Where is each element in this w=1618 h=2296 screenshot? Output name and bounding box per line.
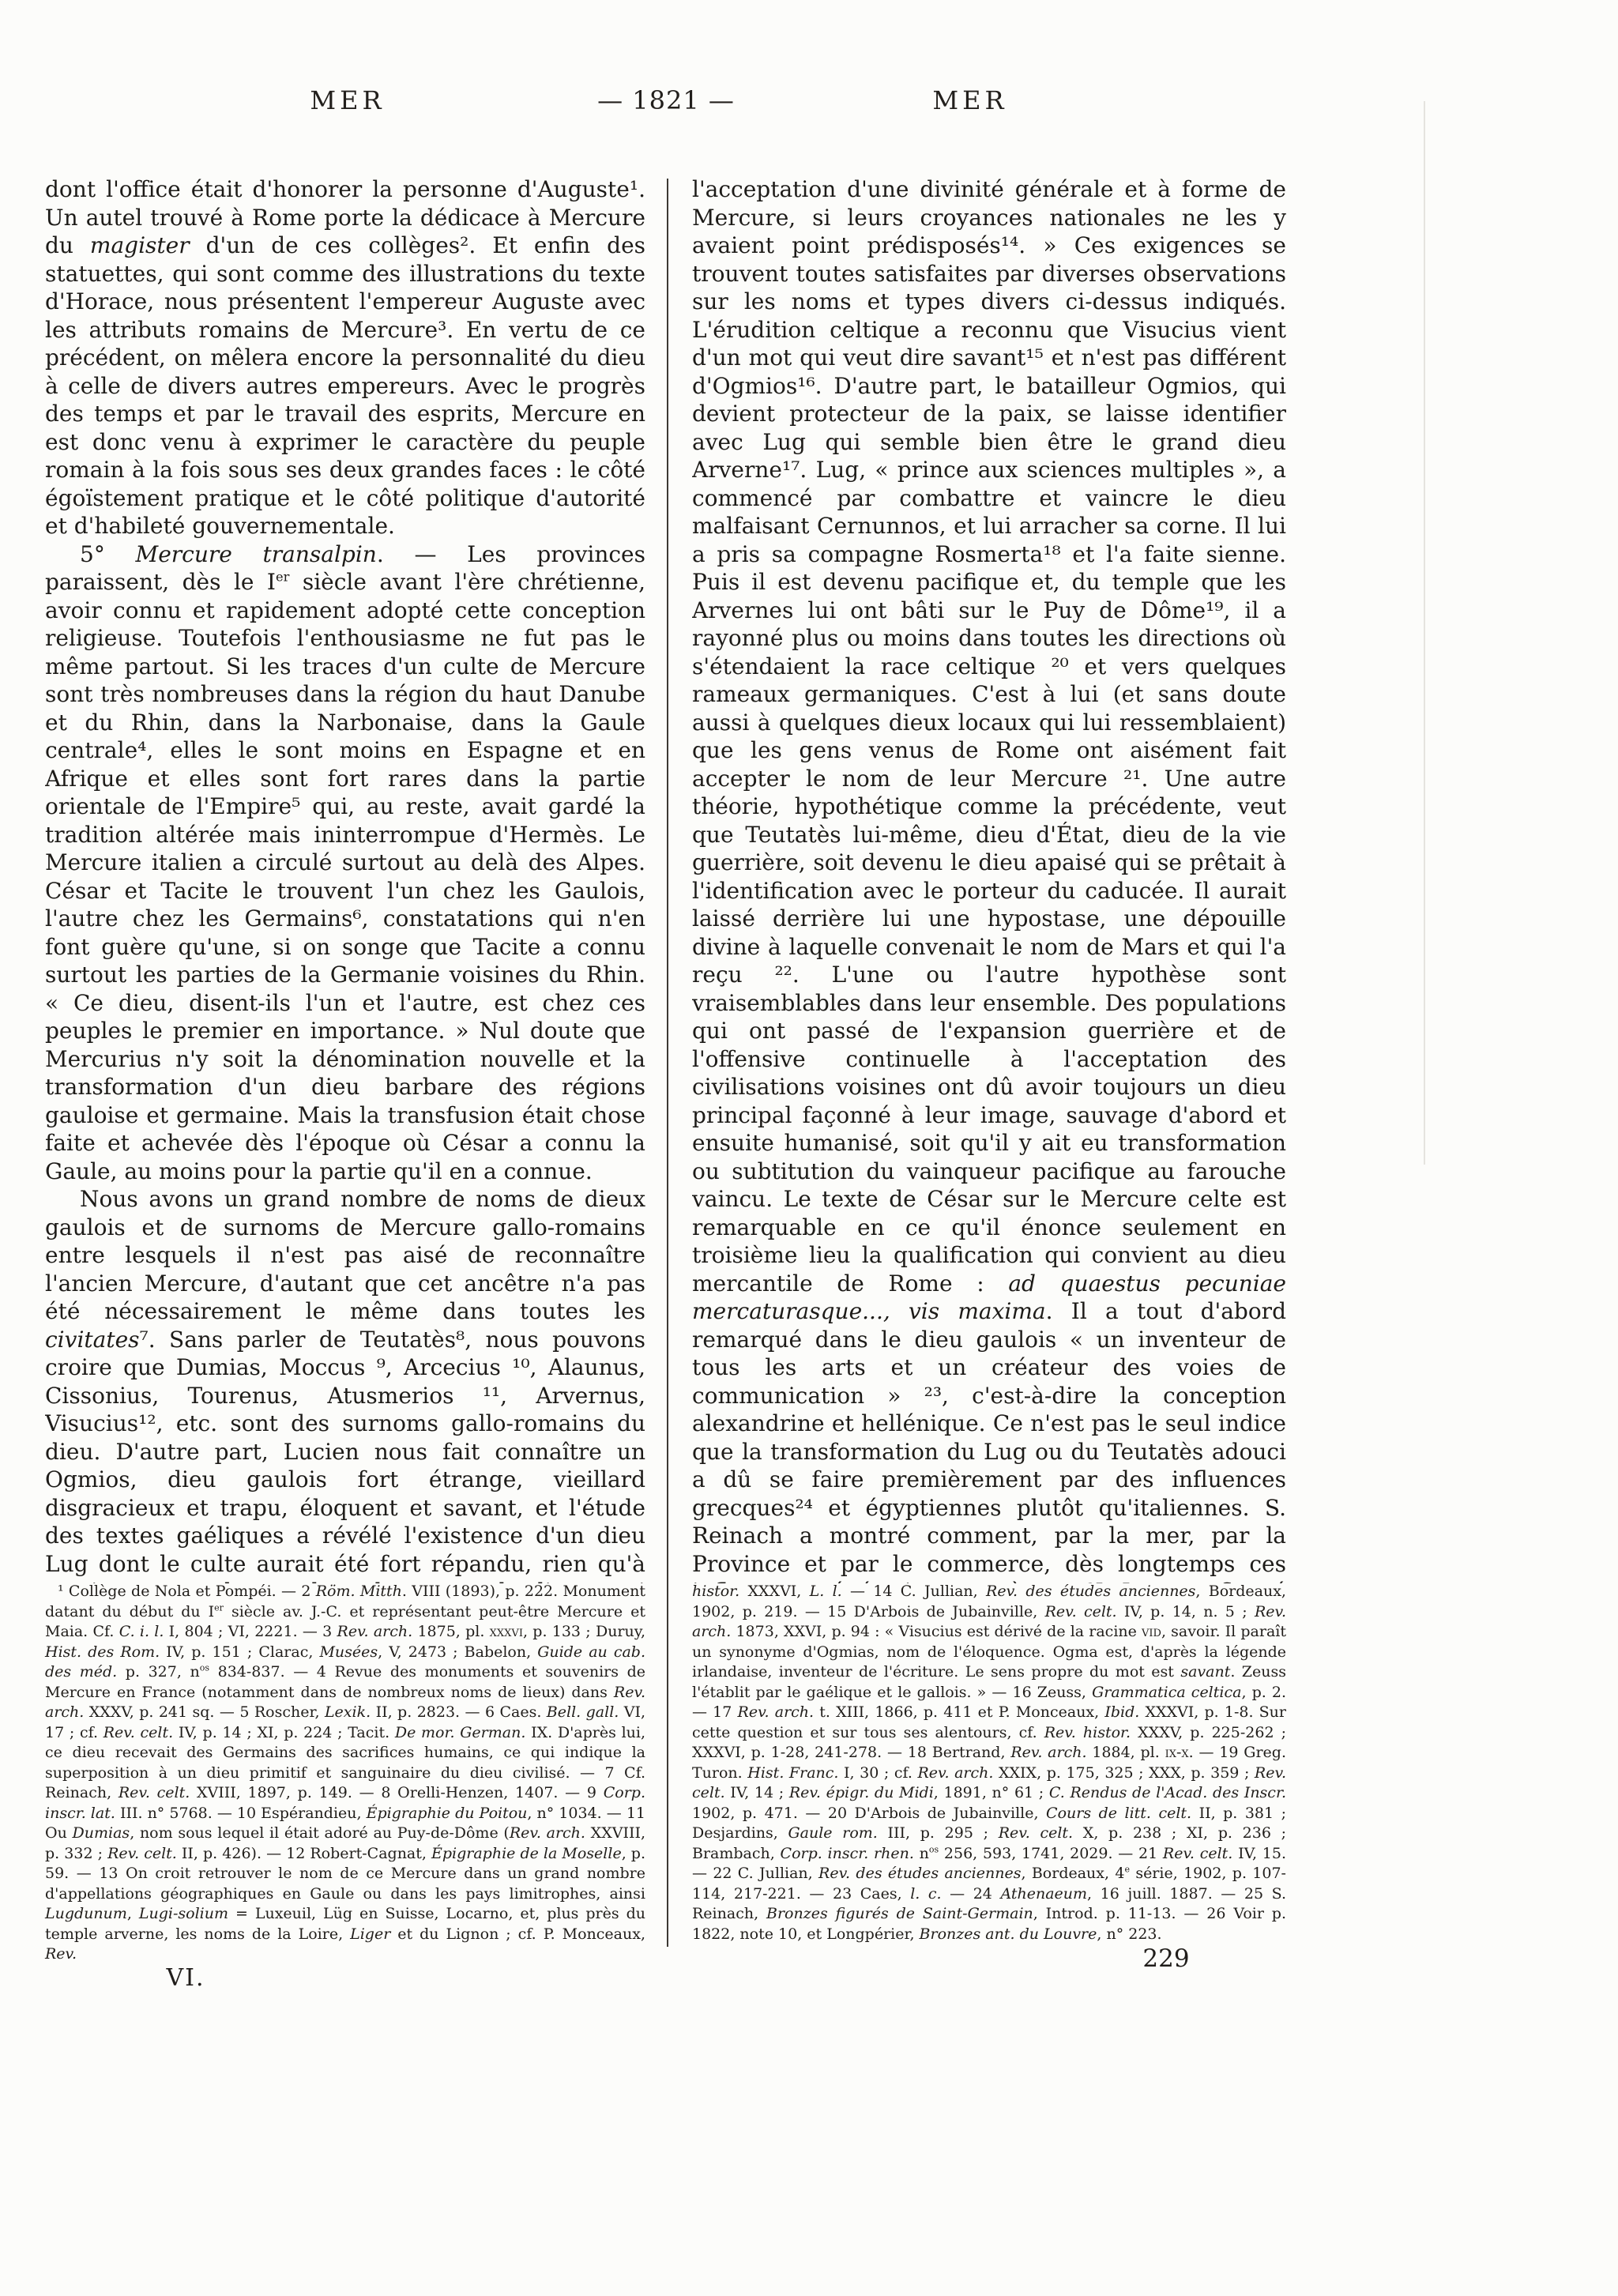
running-head-page-ref: — 1821 —: [567, 85, 765, 115]
body-paragraph: 5° Mercure transalpin. — Les provinces p…: [45, 540, 645, 1186]
body-paragraph: l'acceptation d'une divinité générale et…: [692, 175, 1286, 1583]
volume-signature: VI.: [138, 1968, 233, 1989]
running-head-left: MER: [269, 85, 427, 115]
scanned-dictionary-page: MER — 1821 — MER dont l'office était d'h…: [0, 0, 1618, 2296]
body-paragraph: dont l'office était d'honorer la personn…: [45, 175, 645, 540]
right-footnotes-text: histor. XXXVI, L. l. — 14 C. Jullian, Re…: [692, 1582, 1286, 1944]
scan-edge-line: [1424, 101, 1425, 1165]
running-head-right: MER: [891, 85, 1049, 115]
left-footnotes-text: ¹ Collège de Nola et Pompéi. — 2 Röm. Mi…: [45, 1582, 645, 1965]
body-paragraph: Nous avons un grand nombre de noms de di…: [45, 1185, 645, 1583]
column-divider-rule: [667, 179, 668, 1947]
left-column: dont l'office était d'honorer la personn…: [45, 175, 645, 1583]
right-footnotes-block: histor. XXXVI, L. l. — 14 C. Jullian, Re…: [692, 1582, 1286, 1970]
page-number: 229: [1119, 1949, 1213, 1970]
left-footnotes-block: ¹ Collège de Nola et Pompéi. — 2 Röm. Mi…: [45, 1582, 645, 1988]
right-column: l'acceptation d'une divinité générale et…: [692, 175, 1286, 1583]
